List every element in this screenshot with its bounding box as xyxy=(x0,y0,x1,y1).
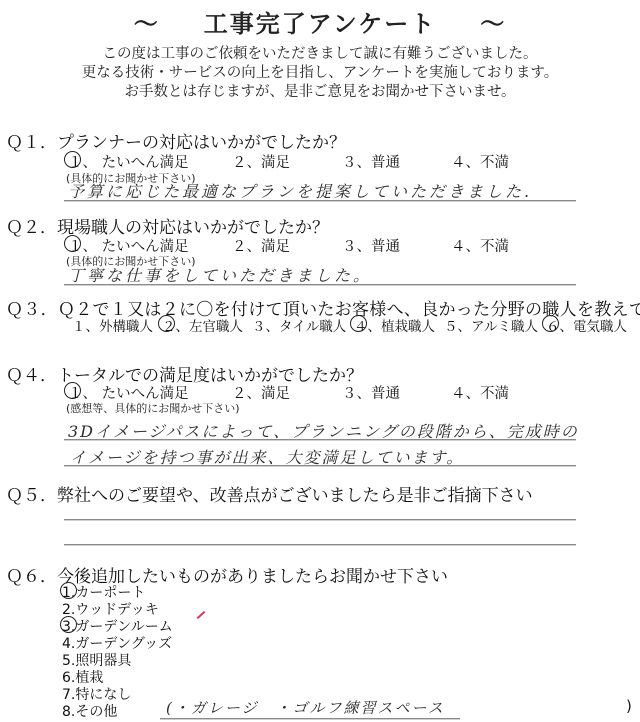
q2-answer-rule xyxy=(64,284,576,285)
q4-option-2[interactable]: ２、満足 xyxy=(232,382,290,403)
q6-other-answer-text: ・ガレージ ・ゴルフ練習スペース xyxy=(174,699,445,717)
q2-answer[interactable]: 丁寧な仕事をしていただきました。 xyxy=(68,263,372,286)
survey-title: ～工事完了アンケート～ xyxy=(0,4,640,39)
q5-question: Ｑ５．弊社へのご要望や、改善点がございましたら是非ご指摘下さい xyxy=(6,481,533,506)
title-tilde-left: ～ xyxy=(134,4,160,39)
q6-item-8-num: 8 xyxy=(62,704,71,720)
q3-option-6[interactable]: ６、電気職人 xyxy=(546,315,627,335)
q1-option-2[interactable]: ２、満足 xyxy=(232,151,290,172)
q6-item-8[interactable]: 8.その他 xyxy=(62,701,117,721)
q4-answer-rule-1 xyxy=(64,439,576,440)
title-tilde-right: ～ xyxy=(480,4,506,39)
q1-answer-rule xyxy=(64,200,576,201)
intro-line-3: お手数とは存じますが、是非ご意見をお聞かせ下さいませ。 xyxy=(0,83,640,102)
q4-option-4[interactable]: ４、不満 xyxy=(451,382,509,403)
q6-item-8-label: その他 xyxy=(75,704,117,720)
title-text: 工事完了アンケート xyxy=(204,10,437,38)
q3-option-3[interactable]: ３、タイル職人 xyxy=(252,315,346,335)
q6-other-open-paren: ( xyxy=(166,699,174,717)
q4-answer-rule-2 xyxy=(64,465,576,466)
q5-answer-rule-2 xyxy=(64,544,576,545)
q6-other-answer[interactable]: (・ガレージ ・ゴルフ練習スペース xyxy=(166,697,445,718)
q1-answer[interactable]: 予算に応じた最適なプランを提案していただきました. xyxy=(68,179,532,202)
intro-line-1: この度は工事のご依頼をいただきまして誠に有難うございました。 xyxy=(0,45,640,64)
q2-option-4[interactable]: ４、不満 xyxy=(451,235,509,256)
q1-option-1[interactable]: １、 たいへん満足 xyxy=(68,151,189,172)
q3-option-1[interactable]: １、外構職人 xyxy=(72,315,153,335)
q1-option-3[interactable]: ３、普通 xyxy=(342,151,400,172)
intro-line-2: 更なる技術・サービスの向上を目指し、アンケートを実施しております。 xyxy=(0,64,640,83)
q3-option-4[interactable]: ４、植栽職人 xyxy=(354,315,435,335)
q2-option-2[interactable]: ２、満足 xyxy=(232,235,290,256)
q1-option-4[interactable]: ４、不満 xyxy=(451,151,509,172)
q3-option-5[interactable]: ５、アルミ職人 xyxy=(444,315,538,335)
q4-option-3[interactable]: ３、普通 xyxy=(342,382,400,403)
q6-other-close-paren: ) xyxy=(626,697,632,715)
q1-question: Ｑ１．プランナーの対応はいかがでしたか？ xyxy=(6,128,346,153)
q2-option-3[interactable]: ３、普通 xyxy=(342,235,400,256)
q3-option-2[interactable]: ２、左官職人 xyxy=(162,315,243,335)
q6-other-rule xyxy=(160,718,460,719)
q4-note: (感想等、具体的にお聞かせ下さい) xyxy=(66,400,240,416)
q5-answer-rule-1 xyxy=(64,519,576,520)
red-check-mark xyxy=(197,611,206,619)
